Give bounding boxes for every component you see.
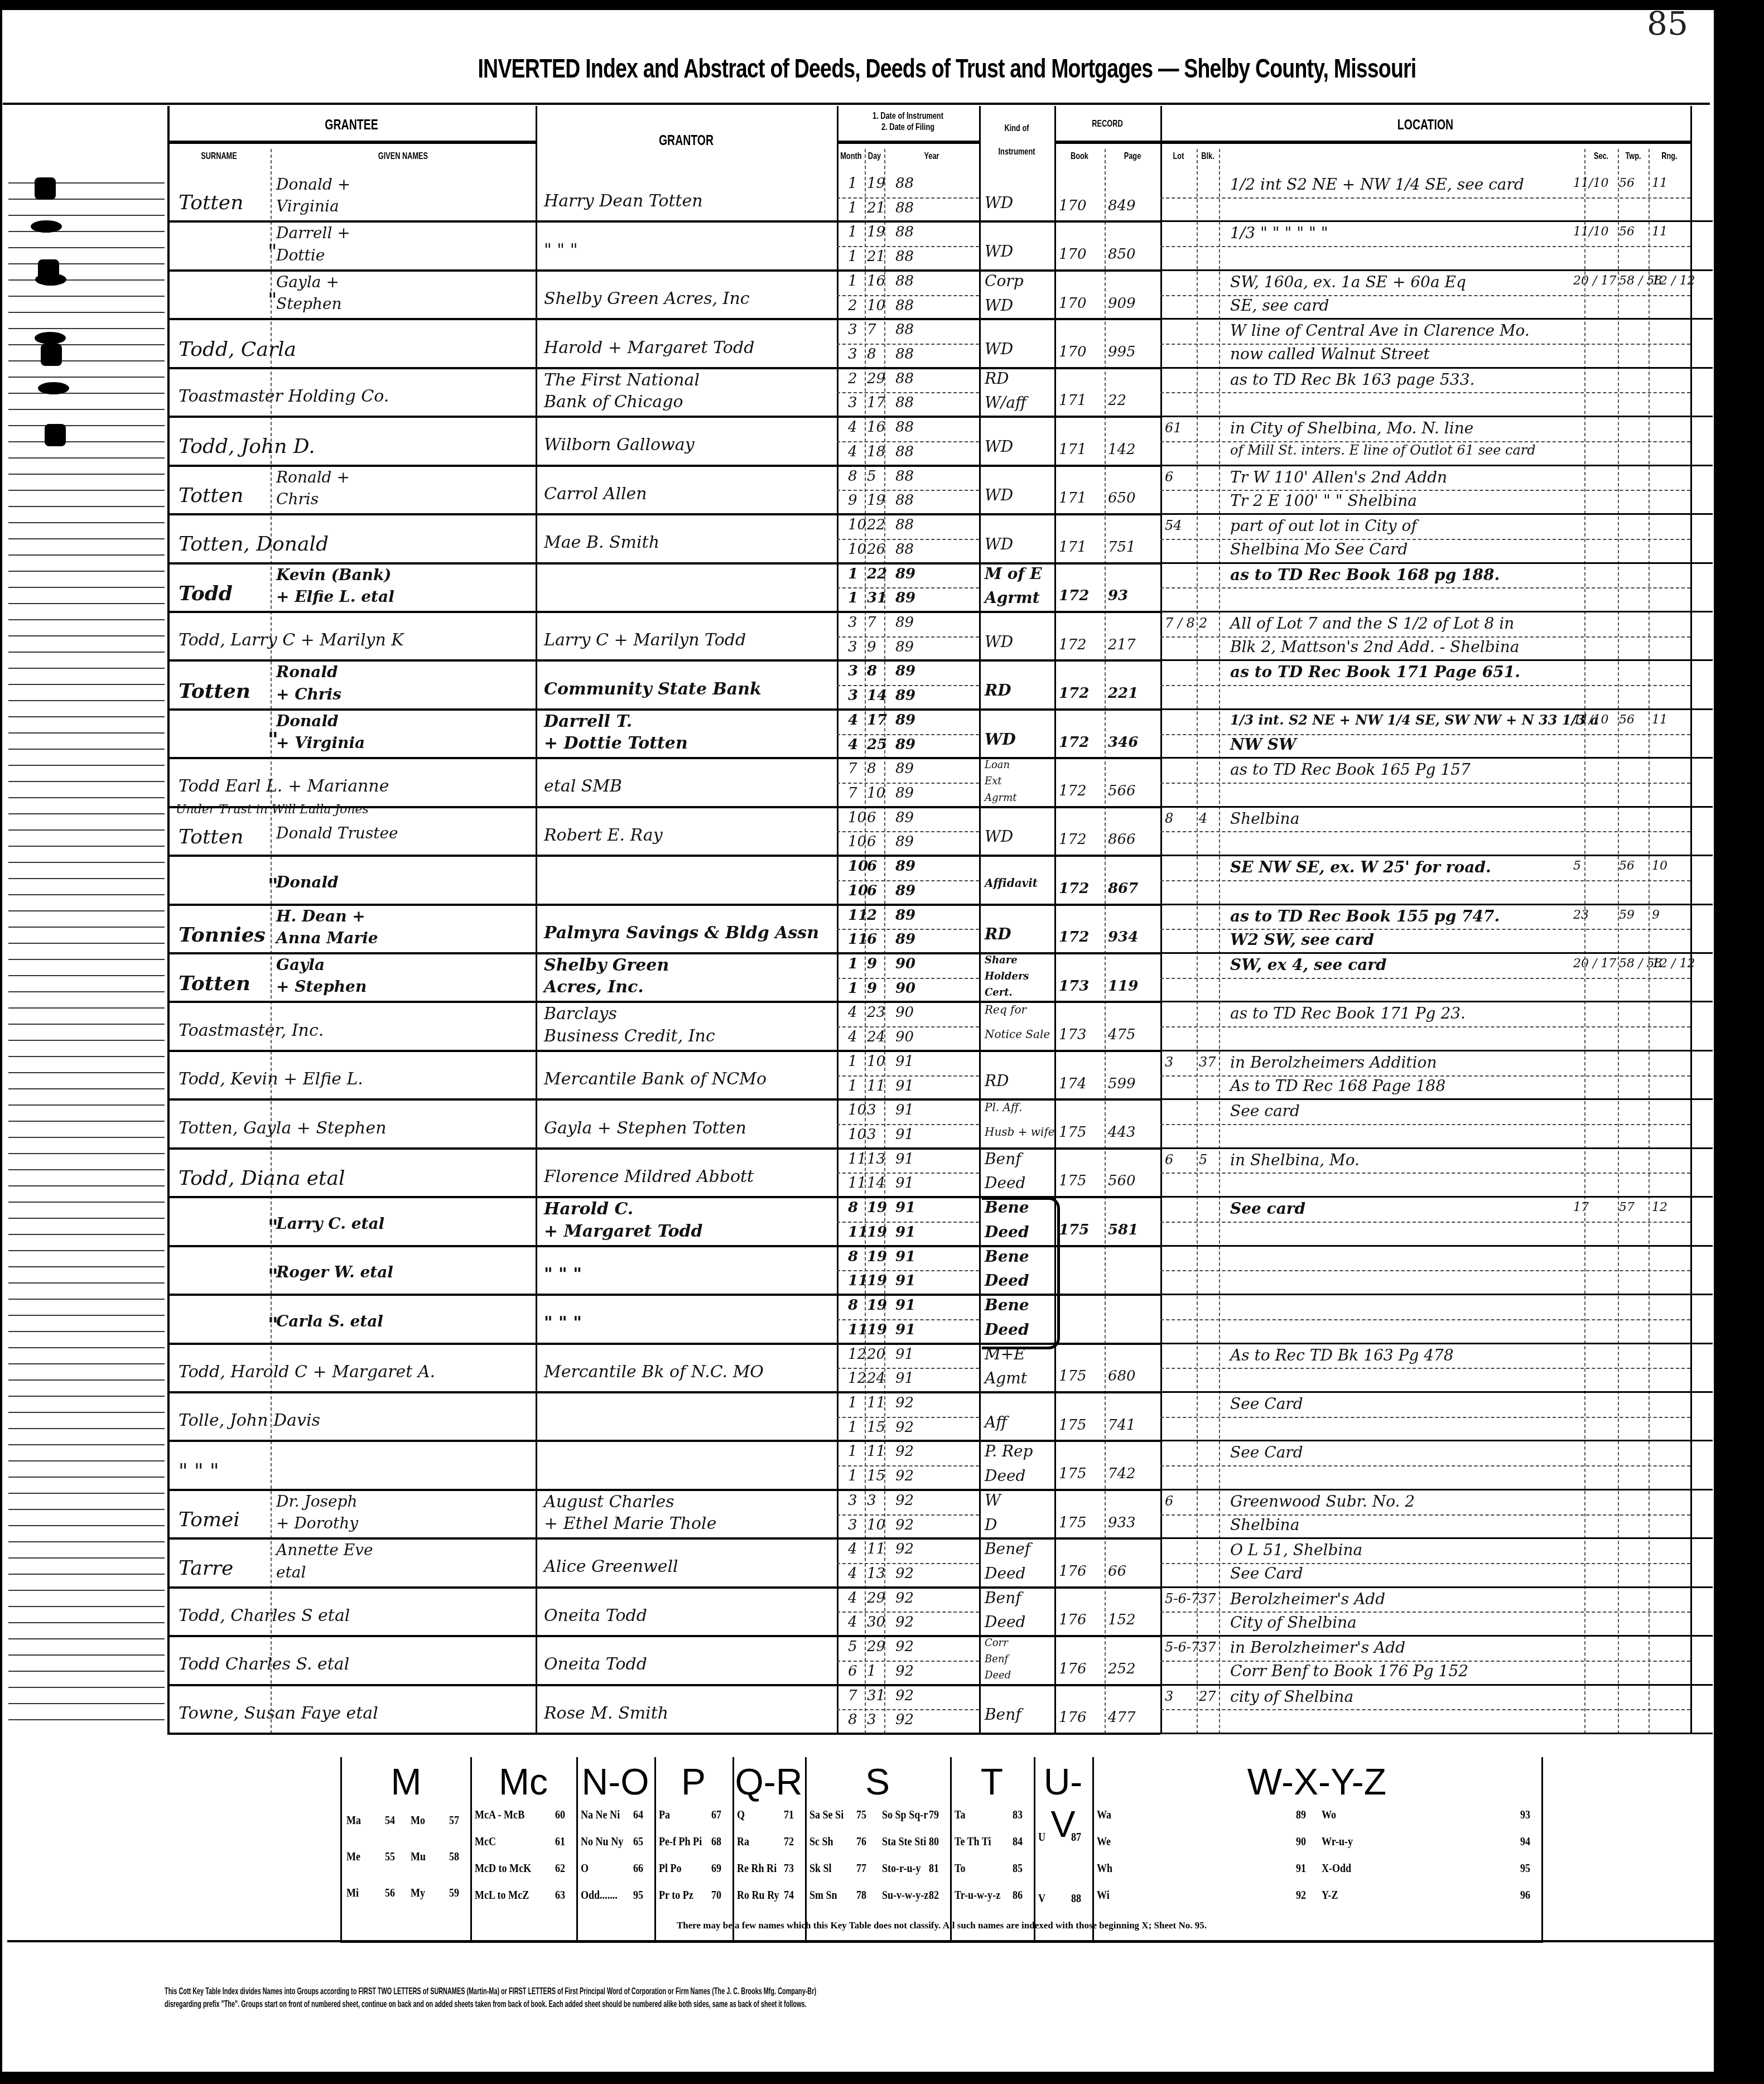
record-page: 22 xyxy=(1108,392,1126,409)
grantee-given-name: Darrell + xyxy=(276,224,350,242)
row-rule xyxy=(1160,1586,1713,1588)
record-book: 174 xyxy=(1059,1075,1087,1092)
key-cell-prefix: Re Rh Ri xyxy=(737,1861,777,1875)
location-divider xyxy=(1160,880,1690,881)
record-page: 866 xyxy=(1108,831,1136,848)
instrument-kind: Agrmt xyxy=(985,588,1040,607)
grantee-given-name: Roger W. etal xyxy=(276,1263,393,1281)
key-cell-prefix: McD to McK xyxy=(475,1861,531,1875)
grantee-given-name: Annette Eve xyxy=(276,1541,373,1559)
key-group-letter: P xyxy=(654,1760,732,1803)
instrument-date: 19 xyxy=(867,175,885,192)
key-cell-sheet: 54 xyxy=(385,1813,395,1827)
row-rule xyxy=(167,708,1160,711)
date-divider xyxy=(837,246,979,247)
record-book: 175 xyxy=(1059,1124,1087,1141)
filing-date: 3 xyxy=(848,1517,857,1533)
location-description: as to TD Rec Bk 163 page 533. xyxy=(1230,370,1474,389)
record-book: 175 xyxy=(1059,1417,1087,1434)
instrument-kind: Benf xyxy=(985,1150,1021,1168)
key-cell-prefix: Ta xyxy=(955,1807,965,1822)
location-description: See Card xyxy=(1230,1443,1303,1461)
kind-header-line2: Instrument xyxy=(989,146,1045,157)
blk-header: Blk. xyxy=(1199,151,1216,162)
row-rule xyxy=(167,855,1160,857)
date-header-line1: 1. Date of Instrument xyxy=(855,110,961,122)
grantee-surname: Todd, Kevin + Elfie L. xyxy=(179,1069,363,1089)
instrument-date: 88 xyxy=(895,175,914,192)
location-blk: 37 xyxy=(1199,1591,1216,1607)
filing-date: 15 xyxy=(867,1468,885,1484)
record-page: 850 xyxy=(1108,246,1136,263)
instrument-kind: WD xyxy=(985,486,1013,504)
record-page: 560 xyxy=(1108,1173,1136,1189)
row-rule xyxy=(1160,220,1713,222)
location-twp: 59 xyxy=(1619,908,1635,922)
instrument-date: 22 xyxy=(867,566,887,582)
grantor-name: Florence Mildred Abbott xyxy=(544,1167,754,1186)
filing-date: 1 xyxy=(848,1468,857,1484)
key-cell-prefix: Su-v-w-y-z xyxy=(882,1888,928,1902)
instrument-date: 3 xyxy=(848,321,857,338)
grantee-given-name: Donald xyxy=(276,712,339,730)
key-cell-prefix: Ra xyxy=(737,1834,749,1849)
record-page: 742 xyxy=(1108,1465,1136,1482)
filing-date: 11 xyxy=(848,1224,868,1241)
instrument-date: 89 xyxy=(895,760,914,777)
instrument-kind: Deed xyxy=(985,1174,1026,1192)
key-cell-sheet: 85 xyxy=(1013,1861,1023,1875)
location-divider xyxy=(1160,1124,1690,1125)
row-rule xyxy=(1160,1343,1713,1344)
record-page: 751 xyxy=(1108,539,1136,556)
filing-date: 9 xyxy=(867,639,876,655)
key-group-letter: M xyxy=(342,1760,470,1803)
filing-date: 89 xyxy=(895,931,915,948)
instrument-kind: Agrmt xyxy=(985,792,1016,804)
instrument-date: 88 xyxy=(895,224,914,240)
date-divider xyxy=(837,734,979,735)
binder-hole xyxy=(41,344,62,366)
instrument-kind: M of E xyxy=(985,565,1042,583)
instrument-kind: Husb + wife xyxy=(985,1125,1055,1139)
location-description: See card xyxy=(1230,1199,1305,1218)
filing-date: 8 xyxy=(867,346,876,363)
date-divider xyxy=(837,1222,979,1223)
instrument-date: 7 xyxy=(848,1687,857,1704)
row-rule xyxy=(1160,465,1713,466)
binder-hole xyxy=(31,220,62,233)
instrument-date: 29 xyxy=(867,1638,885,1655)
key-cell-prefix: Sc Sh xyxy=(809,1834,833,1849)
location-lot: 8 xyxy=(1165,811,1173,826)
key-cell-prefix: McC xyxy=(475,1834,496,1849)
grantor-header: GRANTOR xyxy=(573,132,799,149)
filing-date: 89 xyxy=(895,687,915,704)
key-cell-sheet: 72 xyxy=(784,1834,794,1849)
grantee-surname: Towne, Susan Faye etal xyxy=(179,1704,378,1723)
row-rule xyxy=(167,1684,1160,1686)
instrument-date: 88 xyxy=(895,321,914,338)
row-rule xyxy=(167,367,1160,369)
header-rule xyxy=(167,141,536,144)
record-book: 171 xyxy=(1059,539,1087,556)
instrument-date: 11 xyxy=(848,907,868,924)
grantor-name: Barclays xyxy=(544,1004,617,1024)
location-description: 1/2 int S2 NE + NW 1/4 SE, see card xyxy=(1230,175,1524,194)
instrument-date: 2 xyxy=(848,370,857,387)
instrument-date: 19 xyxy=(867,1248,887,1265)
row-rule xyxy=(1160,904,1713,905)
instrument-date: 89 xyxy=(895,712,915,729)
instrument-date: 6 xyxy=(867,858,877,875)
location-divider xyxy=(1160,1709,1690,1710)
record-page: 933 xyxy=(1108,1514,1136,1531)
location-divider xyxy=(1160,831,1690,832)
instrument-date: 4 xyxy=(848,1590,857,1607)
filing-date: 91 xyxy=(895,1175,914,1191)
key-cell-sheet: 57 xyxy=(449,1813,459,1827)
key-cell-prefix: Sk Sl xyxy=(809,1861,832,1875)
instrument-kind: W xyxy=(985,1491,1001,1509)
key-cell-sheet: 93 xyxy=(1520,1807,1530,1822)
location-description: SW, ex 4, see card xyxy=(1230,956,1387,974)
key-cell-prefix: Pl Po xyxy=(659,1861,682,1875)
grantee-trust-note: Under Trust in Will Lulla Jones xyxy=(176,803,369,817)
instrument-date: 29 xyxy=(867,370,885,387)
day-header: Day xyxy=(867,151,881,162)
location-description: SW, 160a, ex. 1a SE + 60a Eq xyxy=(1230,273,1466,291)
date-divider xyxy=(837,197,979,199)
instrument-date: 1 xyxy=(848,1053,857,1070)
instrument-date: 7 xyxy=(867,614,876,631)
grantee-given-name: Anna Marie xyxy=(276,929,378,947)
grantee-surname: Todd, Diana etal xyxy=(179,1167,345,1190)
instrument-kind: Benf xyxy=(985,1589,1021,1607)
location-lot: 54 xyxy=(1165,518,1182,533)
location-description: now called Walnut Street xyxy=(1230,345,1430,363)
key-cell-sheet: 63 xyxy=(555,1888,565,1902)
location-lot: 5-6-7 xyxy=(1165,1639,1199,1655)
filing-date: 89 xyxy=(895,833,914,850)
instrument-date: 10 xyxy=(848,517,866,533)
instrument-date: 3 xyxy=(867,1492,876,1509)
key-cell-prefix: Sm Sn xyxy=(809,1888,837,1902)
instrument-date: 91 xyxy=(895,1151,914,1168)
instrument-kind: Deed xyxy=(985,1670,1011,1681)
record-book: 176 xyxy=(1059,1709,1087,1726)
location-divider xyxy=(1160,197,1690,199)
filing-date: 4 xyxy=(848,1565,857,1582)
header-rule xyxy=(837,141,979,144)
location-lot: 5-6-7 xyxy=(1165,1591,1199,1607)
filing-date: 92 xyxy=(895,1565,914,1582)
location-twp: 56 xyxy=(1619,713,1635,727)
row-rule xyxy=(1160,1245,1713,1247)
key-cell-sheet: 56 xyxy=(385,1885,395,1900)
key-cell-prefix: Wh xyxy=(1097,1861,1112,1875)
grantor-name: Alice Greenwell xyxy=(544,1557,678,1576)
record-book: 172 xyxy=(1059,929,1089,945)
column-subrule xyxy=(1105,149,1106,1734)
date-divider xyxy=(837,1124,979,1125)
row-rule xyxy=(167,513,1160,515)
instrument-date: 29 xyxy=(867,1590,885,1607)
surname-header: SURNAME xyxy=(180,151,258,162)
filing-date: 1 xyxy=(848,200,857,216)
filing-date: 12 xyxy=(848,1370,866,1387)
record-page: 93 xyxy=(1108,587,1128,604)
row-rule xyxy=(1160,1489,1713,1490)
date-divider xyxy=(837,831,979,832)
location-description: city of Shelbina xyxy=(1230,1687,1353,1706)
grantee-given-name: Gayla + xyxy=(276,273,339,291)
location-description: Corr Benf to Book 176 Pg 152 xyxy=(1230,1662,1468,1680)
filing-date: 4 xyxy=(848,736,858,753)
location-description: as to TD Rec Book 155 pg 747. xyxy=(1230,907,1500,925)
row-rule xyxy=(167,1635,1160,1637)
row-rule xyxy=(1160,1537,1713,1539)
grantor-name: Mercantile Bank of NCMo xyxy=(544,1069,767,1089)
record-book: 173 xyxy=(1059,1026,1087,1043)
filing-date: 24 xyxy=(867,1029,885,1045)
filing-date: 1 xyxy=(848,980,858,997)
key-cell-prefix: Q xyxy=(737,1807,745,1822)
location-lot: 7 / 8 xyxy=(1165,615,1195,631)
instrument-date: 6 xyxy=(867,809,876,826)
date-divider xyxy=(837,636,979,638)
location-description: of Mill St. inters. E line of Outlot 61 … xyxy=(1230,442,1536,458)
instrument-date: 1 xyxy=(848,956,858,972)
location-description: in City of Shelbina, Mo. N. line xyxy=(1230,419,1473,437)
location-divider xyxy=(1160,1319,1690,1320)
instrument-date: 1 xyxy=(848,175,857,192)
row-rule xyxy=(1160,513,1713,515)
filing-date: 1 xyxy=(848,590,858,606)
key-cell-prefix: O xyxy=(581,1861,589,1875)
location-divider xyxy=(1160,1368,1690,1369)
key-cell-sheet: 58 xyxy=(449,1849,459,1864)
filing-date: 10 xyxy=(848,541,866,558)
date-divider xyxy=(837,929,979,930)
instrument-date: 92 xyxy=(895,1492,914,1509)
record-book: 175 xyxy=(1059,1222,1089,1238)
record-book: 171 xyxy=(1059,490,1087,506)
filing-date: 15 xyxy=(867,1419,885,1436)
instrument-date: 1 xyxy=(848,1395,857,1411)
key-cell-prefix: Wo xyxy=(1322,1807,1336,1822)
key-cell-sheet: 61 xyxy=(555,1834,565,1849)
record-page: 680 xyxy=(1108,1368,1136,1384)
location-description: As to TD Rec 168 Page 188 xyxy=(1230,1077,1445,1095)
location-description: Blk 2, Mattson's 2nd Add. - Shelbina xyxy=(1230,638,1519,656)
grantee-surname: Todd, John D. xyxy=(179,435,315,458)
filing-date: 88 xyxy=(895,492,914,509)
row-rule xyxy=(1160,1733,1713,1734)
binder-hole xyxy=(35,332,66,344)
filing-date: 4 xyxy=(848,1614,857,1630)
location-description: Shelbina xyxy=(1230,809,1299,828)
key-cell-prefix: McA - McB xyxy=(475,1807,524,1822)
margin-ruling xyxy=(8,167,165,1729)
instrument-date: 88 xyxy=(895,273,914,290)
grantee-surname: Toastmaster Holding Co. xyxy=(179,387,389,406)
location-description: as to TD Rec Book 171 Pg 23. xyxy=(1230,1004,1466,1022)
row-rule xyxy=(167,611,1160,613)
row-rule xyxy=(167,904,1160,906)
row-rule xyxy=(1160,806,1713,808)
location-description: in Berolzheimers Addition xyxy=(1230,1053,1437,1072)
filing-date: 10 xyxy=(867,297,885,314)
key-cell-sheet: 62 xyxy=(555,1861,565,1875)
grantee-given-name: Gayla xyxy=(276,956,325,974)
filing-date: 19 xyxy=(867,1224,887,1241)
filing-date: 3 xyxy=(848,346,857,363)
column-subrule xyxy=(1649,149,1650,1734)
date-divider xyxy=(837,1612,979,1613)
date-divider xyxy=(837,344,979,345)
location-divider xyxy=(1160,587,1690,588)
key-cell-prefix: Y-Z xyxy=(1322,1888,1338,1902)
filing-date: 7 xyxy=(848,785,857,802)
instrument-kind: Ext xyxy=(985,775,1002,787)
instrument-date: 1 xyxy=(848,224,857,240)
filing-date: 10 xyxy=(867,1517,885,1533)
grantee-surname: Todd Charles S. etal xyxy=(179,1654,349,1674)
filing-date: 21 xyxy=(867,248,885,265)
grantee-given-name: Kevin (Bank) xyxy=(276,566,392,584)
row-rule xyxy=(1160,708,1713,710)
location-divider xyxy=(1160,1222,1690,1223)
grantee-surname: Totten xyxy=(179,972,250,995)
row-rule xyxy=(167,1391,1160,1393)
row-rule xyxy=(167,416,1160,418)
key-cell-sheet: 83 xyxy=(1013,1807,1023,1822)
grantee-given-name: + Virginia xyxy=(276,734,365,752)
filing-date: 31 xyxy=(867,590,887,606)
filing-date: 1 xyxy=(848,248,857,265)
filing-date: 11 xyxy=(867,1078,885,1094)
date-divider xyxy=(837,1319,979,1320)
page-title: INVERTED Index and Abstract of Deeds, De… xyxy=(478,54,1414,84)
filing-date: 1 xyxy=(848,1419,857,1436)
instrument-date: 5 xyxy=(867,468,876,485)
filing-date: 3 xyxy=(867,1711,876,1728)
filing-date: 3 xyxy=(867,1126,876,1143)
record-page: 252 xyxy=(1108,1661,1136,1677)
location-header: LOCATION xyxy=(1227,116,1625,133)
filing-date: 19 xyxy=(867,1272,887,1289)
grantor-name: Rose M. Smith xyxy=(544,1704,668,1723)
filing-date: 3 xyxy=(848,639,857,655)
key-cell-sheet: 91 xyxy=(1296,1861,1306,1875)
key-group-letter: Q-R xyxy=(732,1760,805,1803)
record-book: 172 xyxy=(1059,587,1089,604)
location-description: SE, see card xyxy=(1230,296,1329,315)
filing-date: 17 xyxy=(867,394,885,411)
location-rng: 11 xyxy=(1652,713,1667,727)
grantee-surname: Todd, Larry C + Marilyn K xyxy=(179,630,404,650)
location-description: NW SW xyxy=(1230,735,1296,754)
instrument-date: 89 xyxy=(895,858,915,875)
grantee-surname: Totten xyxy=(179,826,243,848)
instrument-date: 10 xyxy=(848,809,866,826)
footer-instructions-line1: This Cott Key Table Index divides Names … xyxy=(165,1986,1157,1997)
key-cell-prefix: My xyxy=(411,1885,425,1900)
row-rule xyxy=(1160,952,1713,954)
location-rng: 12 xyxy=(1652,1200,1667,1214)
key-cell-sheet: 65 xyxy=(633,1834,643,1849)
record-header: RECORD xyxy=(1068,118,1148,129)
location-description: Shelbina xyxy=(1230,1516,1299,1534)
location-blk: 37 xyxy=(1199,1054,1216,1070)
grantor-name: + Ethel Marie Thole xyxy=(544,1514,716,1533)
record-book: 176 xyxy=(1059,1612,1087,1628)
key-group-letter: N-O xyxy=(576,1760,654,1803)
instrument-date: 2 xyxy=(867,907,877,924)
location-sec: 17 xyxy=(1573,1200,1589,1214)
cott-key-table: There may be a few names which this Key … xyxy=(340,1757,1543,1943)
location-description: W line of Central Ave in Clarence Mo. xyxy=(1230,321,1530,340)
instrument-date: 19 xyxy=(867,224,885,240)
column-subrule xyxy=(1584,149,1585,1734)
instrument-date: 8 xyxy=(848,468,857,485)
location-lot: 6 xyxy=(1165,1152,1173,1168)
filing-date: 92 xyxy=(895,1663,914,1680)
instrument-date: 11 xyxy=(848,1151,866,1168)
binder-hole xyxy=(38,382,69,394)
grantee-given-name: + Chris xyxy=(276,685,341,703)
instrument-date: 91 xyxy=(895,1102,914,1118)
filing-date: 30 xyxy=(867,1614,885,1630)
row-rule xyxy=(1160,1294,1713,1295)
date-divider xyxy=(837,978,979,979)
key-cell-sheet: 71 xyxy=(784,1807,794,1822)
header-rule xyxy=(1054,141,1160,144)
location-description: O L 51, Shelbina xyxy=(1230,1541,1362,1559)
row-rule xyxy=(1160,1635,1713,1637)
location-description: SE NW SE, ex. W 25' for road. xyxy=(1230,858,1491,876)
record-page: 443 xyxy=(1108,1124,1136,1141)
instrument-kind: Benef xyxy=(985,1540,1030,1558)
instrument-date: 16 xyxy=(867,419,885,436)
filing-date: 88 xyxy=(895,248,914,265)
filing-date: 88 xyxy=(895,346,914,363)
instrument-date: 7 xyxy=(848,760,857,777)
instrument-date: 88 xyxy=(895,517,914,533)
row-rule xyxy=(1160,611,1713,612)
key-cell-sheet: 59 xyxy=(449,1885,459,1900)
filing-date: 1 xyxy=(848,1078,857,1094)
record-book: 173 xyxy=(1059,978,1089,995)
grantee-surname: Totten, Donald xyxy=(179,533,329,556)
grantor-name: + Dottie Totten xyxy=(544,734,688,753)
key-group-letter: S xyxy=(805,1760,950,1803)
instrument-date: 88 xyxy=(895,468,914,485)
location-divider xyxy=(1160,1417,1690,1418)
instrument-date: 11 xyxy=(867,1443,885,1460)
key-group-letter: Mc xyxy=(470,1760,576,1803)
key-cell-sheet: 82 xyxy=(929,1888,939,1902)
record-page: 741 xyxy=(1108,1417,1136,1434)
instrument-date: 91 xyxy=(895,1346,914,1363)
record-page: 995 xyxy=(1108,344,1136,360)
location-divider xyxy=(1160,1173,1690,1174)
grantee-given-name: + Dorothy xyxy=(276,1514,358,1532)
location-rng: 11 xyxy=(1652,176,1667,190)
instrument-kind: Share xyxy=(985,954,1018,966)
header-top-rule xyxy=(3,103,1710,105)
